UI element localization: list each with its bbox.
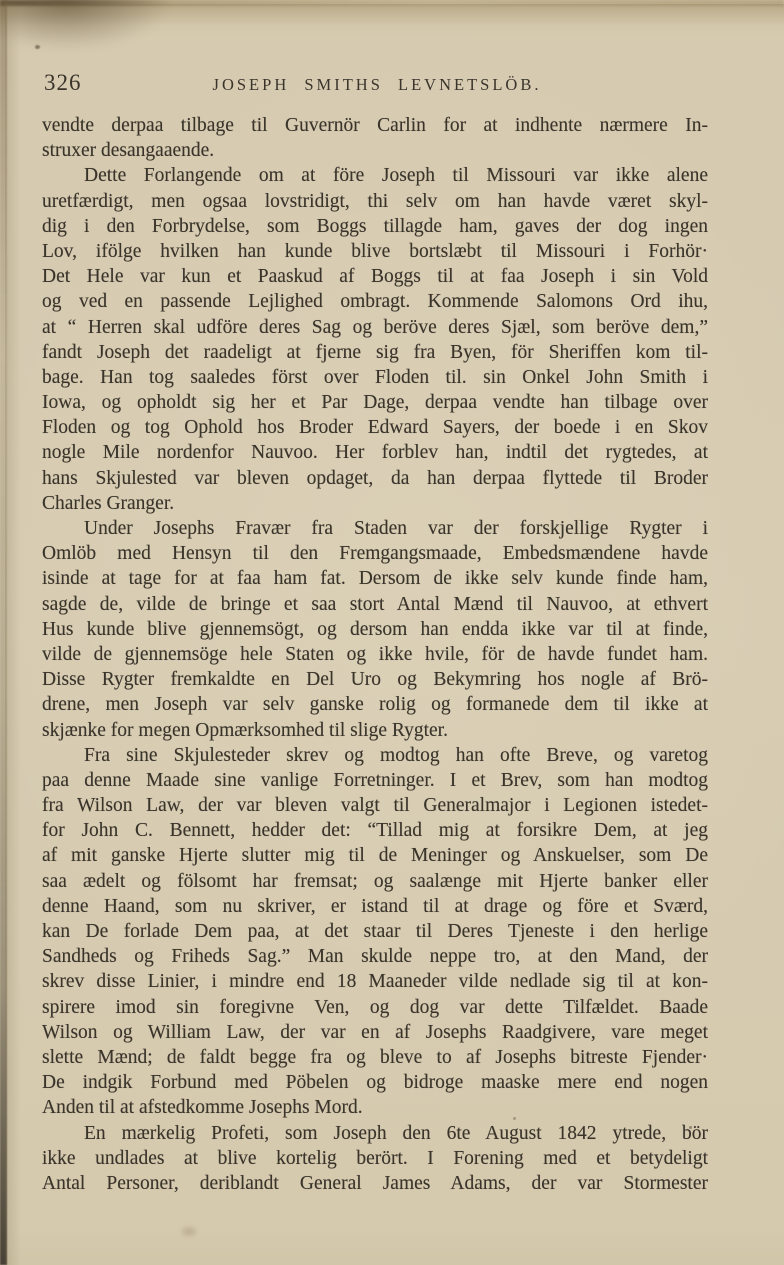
text-line: sagde de, vilde de bringe et saa stort A… [42,592,708,617]
text-line: Floden og tog Ophold hos Broder Edward S… [42,415,708,440]
text-line: og ved en passende Lejlighed ombragt. Ko… [42,289,708,314]
text-line: hans Skjulested var bleven opdaget, da h… [42,466,708,491]
text-line: af mit ganske Hjerte slutter mig til de … [42,843,708,868]
text-line: Anden til at afstedkomme Josephs Mord. [42,1095,708,1120]
text-line: Under Josephs Fravær fra Staden var der … [42,516,708,541]
text-line: denne Haand, som nu skriver, er istand t… [42,894,708,919]
text-line: fandt Joseph det raadeligt at fjerne sig… [42,340,708,365]
text-line: Lov, ifölge hvilken han kunde blive bort… [42,239,708,264]
text-line: Antal Personer, deriblandt General James… [42,1171,708,1196]
text-line: drene, men Joseph var selv ganske rolig … [42,692,708,717]
text-line: ikke undlades at blive kortelig berört. … [42,1146,708,1171]
text-line: Hus kunde blive gjennemsögt, og dersom h… [42,617,708,642]
text-line: at “ Herren skal udföre deres Sag og ber… [42,315,708,340]
top-left-corner-shadow [0,0,170,50]
text-line: paa denne Maade sine vanlige Forretninge… [42,768,708,793]
text-line: uretfærdigt, men ogsaa lovstridigt, thi … [42,189,708,214]
text-line: Charles Granger. [42,491,708,516]
text-line: nogle Mile nordenfor Nauvoo. Her forblev… [42,440,708,465]
text-line: saa ædelt og fölsomt har fremsat; og saa… [42,869,708,894]
text-line: Wilson og William Law, der var en af Jos… [42,1020,708,1045]
text-line: vilde de gjennemsöge hele Staten og ikke… [42,642,708,667]
text-line: isinde at tage for at faa ham fat. Derso… [42,566,708,591]
left-edge-fade [5,0,21,1265]
text-line: for John C. Bennett, hedder det: “Tillad… [42,818,708,843]
text-line: skrev disse Linier, i mindre end 18 Maan… [42,969,708,994]
text-line: De indgik Forbund med Pöbelen og bidroge… [42,1070,708,1095]
text-line: Iowa, og opholdt sig her et Par Dage, de… [42,390,708,415]
running-title: JOSEPH SMITHS LEVNETSLÖB. [60,75,694,95]
text-line: struxer desangaaende. [42,138,708,163]
text-line: Sandheds og Friheds Sag.” Man skulde nep… [42,944,708,969]
text-line: bage. Han tog saaledes först over Floden… [42,365,708,390]
page-text: vendte derpaa tilbage til Guvernör Carli… [42,113,708,1196]
text-line: dig i den Forbrydelse, som Boggs tillagd… [42,214,708,239]
text-line: Dette Forlangende om at före Joseph til … [42,163,708,188]
text-line: En mærkelig Profeti, som Joseph den 6te … [42,1121,708,1146]
text-line: slette Mænd; de faldt begge fra og bleve… [42,1045,708,1070]
text-line: Disse Rygter fremkaldte en Del Uro og Be… [42,667,708,692]
paper-speck [35,45,40,49]
book-page-scan: 326 JOSEPH SMITHS LEVNETSLÖB. vendte der… [0,0,784,1265]
paper-smudge [182,1227,196,1236]
text-line: Fra sine Skjulesteder skrev og modtog ha… [42,743,708,768]
text-line: skjænke for megen Opmærksomhed til slige… [42,718,708,743]
text-line: kan De forlade Dem paa, at det staar til… [42,919,708,944]
text-line: vendte derpaa tilbage til Guvernör Carli… [42,113,708,138]
text-line: fra Wilson Law, der var bleven valgt til… [42,793,708,818]
text-line: spirere imod sin foregivne Ven, og dog v… [42,995,708,1020]
text-line: Omlöb med Hensyn til den Fremgangsmaade,… [42,541,708,566]
text-line: Det Hele var kun et Paaskud af Boggs til… [42,264,708,289]
